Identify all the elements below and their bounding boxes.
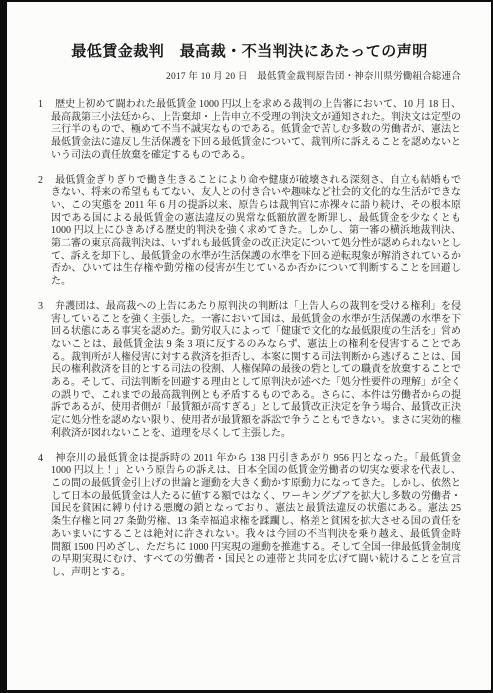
date-and-author-line: 2017 年 10 月 20 日 最低賃金裁判原告団・神奈川県労働組合総連合: [38, 68, 461, 82]
paragraph-2-number: 2: [38, 175, 44, 188]
document-content: 最低賃金裁判 最高裁・不当判決にあたっての声明 2017 年 10 月 20 日…: [7, 2, 491, 580]
paragraph-4-text: 神奈川の最低賃金は提訴時の 2011 年から 138 円引きあがり 956 円と…: [51, 453, 461, 578]
paragraph-1-number: 1: [38, 99, 44, 112]
paragraph-3-number: 3: [38, 301, 44, 314]
paragraph-1: 1歴史上初めて闘われた最低賃金 1000 円以上を求める裁判の上告審において、1…: [38, 99, 461, 163]
document-body: 1歴史上初めて闘われた最低賃金 1000 円以上を求める裁判の上告審において、1…: [38, 99, 461, 580]
document-title: 最低賃金裁判 最高裁・不当判決にあたっての声明: [38, 40, 461, 61]
scanned-document: { "document": { "title": "最低賃金裁判 最高裁・不当判…: [0, 0, 493, 693]
paragraph-1-text: 歴史上初めて闘われた最低賃金 1000 円以上を求める裁判の上告審において、10…: [51, 99, 461, 161]
paragraph-3: 3弁護団は、最高裁への上告にあたり原判決の判断は「上告人らの裁判を受ける権利」を…: [38, 301, 461, 441]
document-page: 最低賃金裁判 最高裁・不当判決にあたっての声明 2017 年 10 月 20 日…: [7, 2, 491, 690]
paragraph-2: 2最低賃金ぎりぎりで働き生きることにより命や健康が破壊される深刻さ、自立も結婚も…: [38, 175, 461, 289]
paragraph-2-text: 最低賃金ぎりぎりで働き生きることにより命や健康が破壊される深刻さ、自立も結婚もで…: [51, 175, 461, 288]
paragraph-4: 4神奈川の最低賃金は提訴時の 2011 年から 138 円引きあがり 956 円…: [38, 453, 461, 580]
paragraph-3-text: 弁護団は、最高裁への上告にあたり原判決の判断は「上告人らの裁判を受ける権利」を侵…: [51, 301, 461, 439]
paragraph-4-number: 4: [38, 453, 44, 466]
